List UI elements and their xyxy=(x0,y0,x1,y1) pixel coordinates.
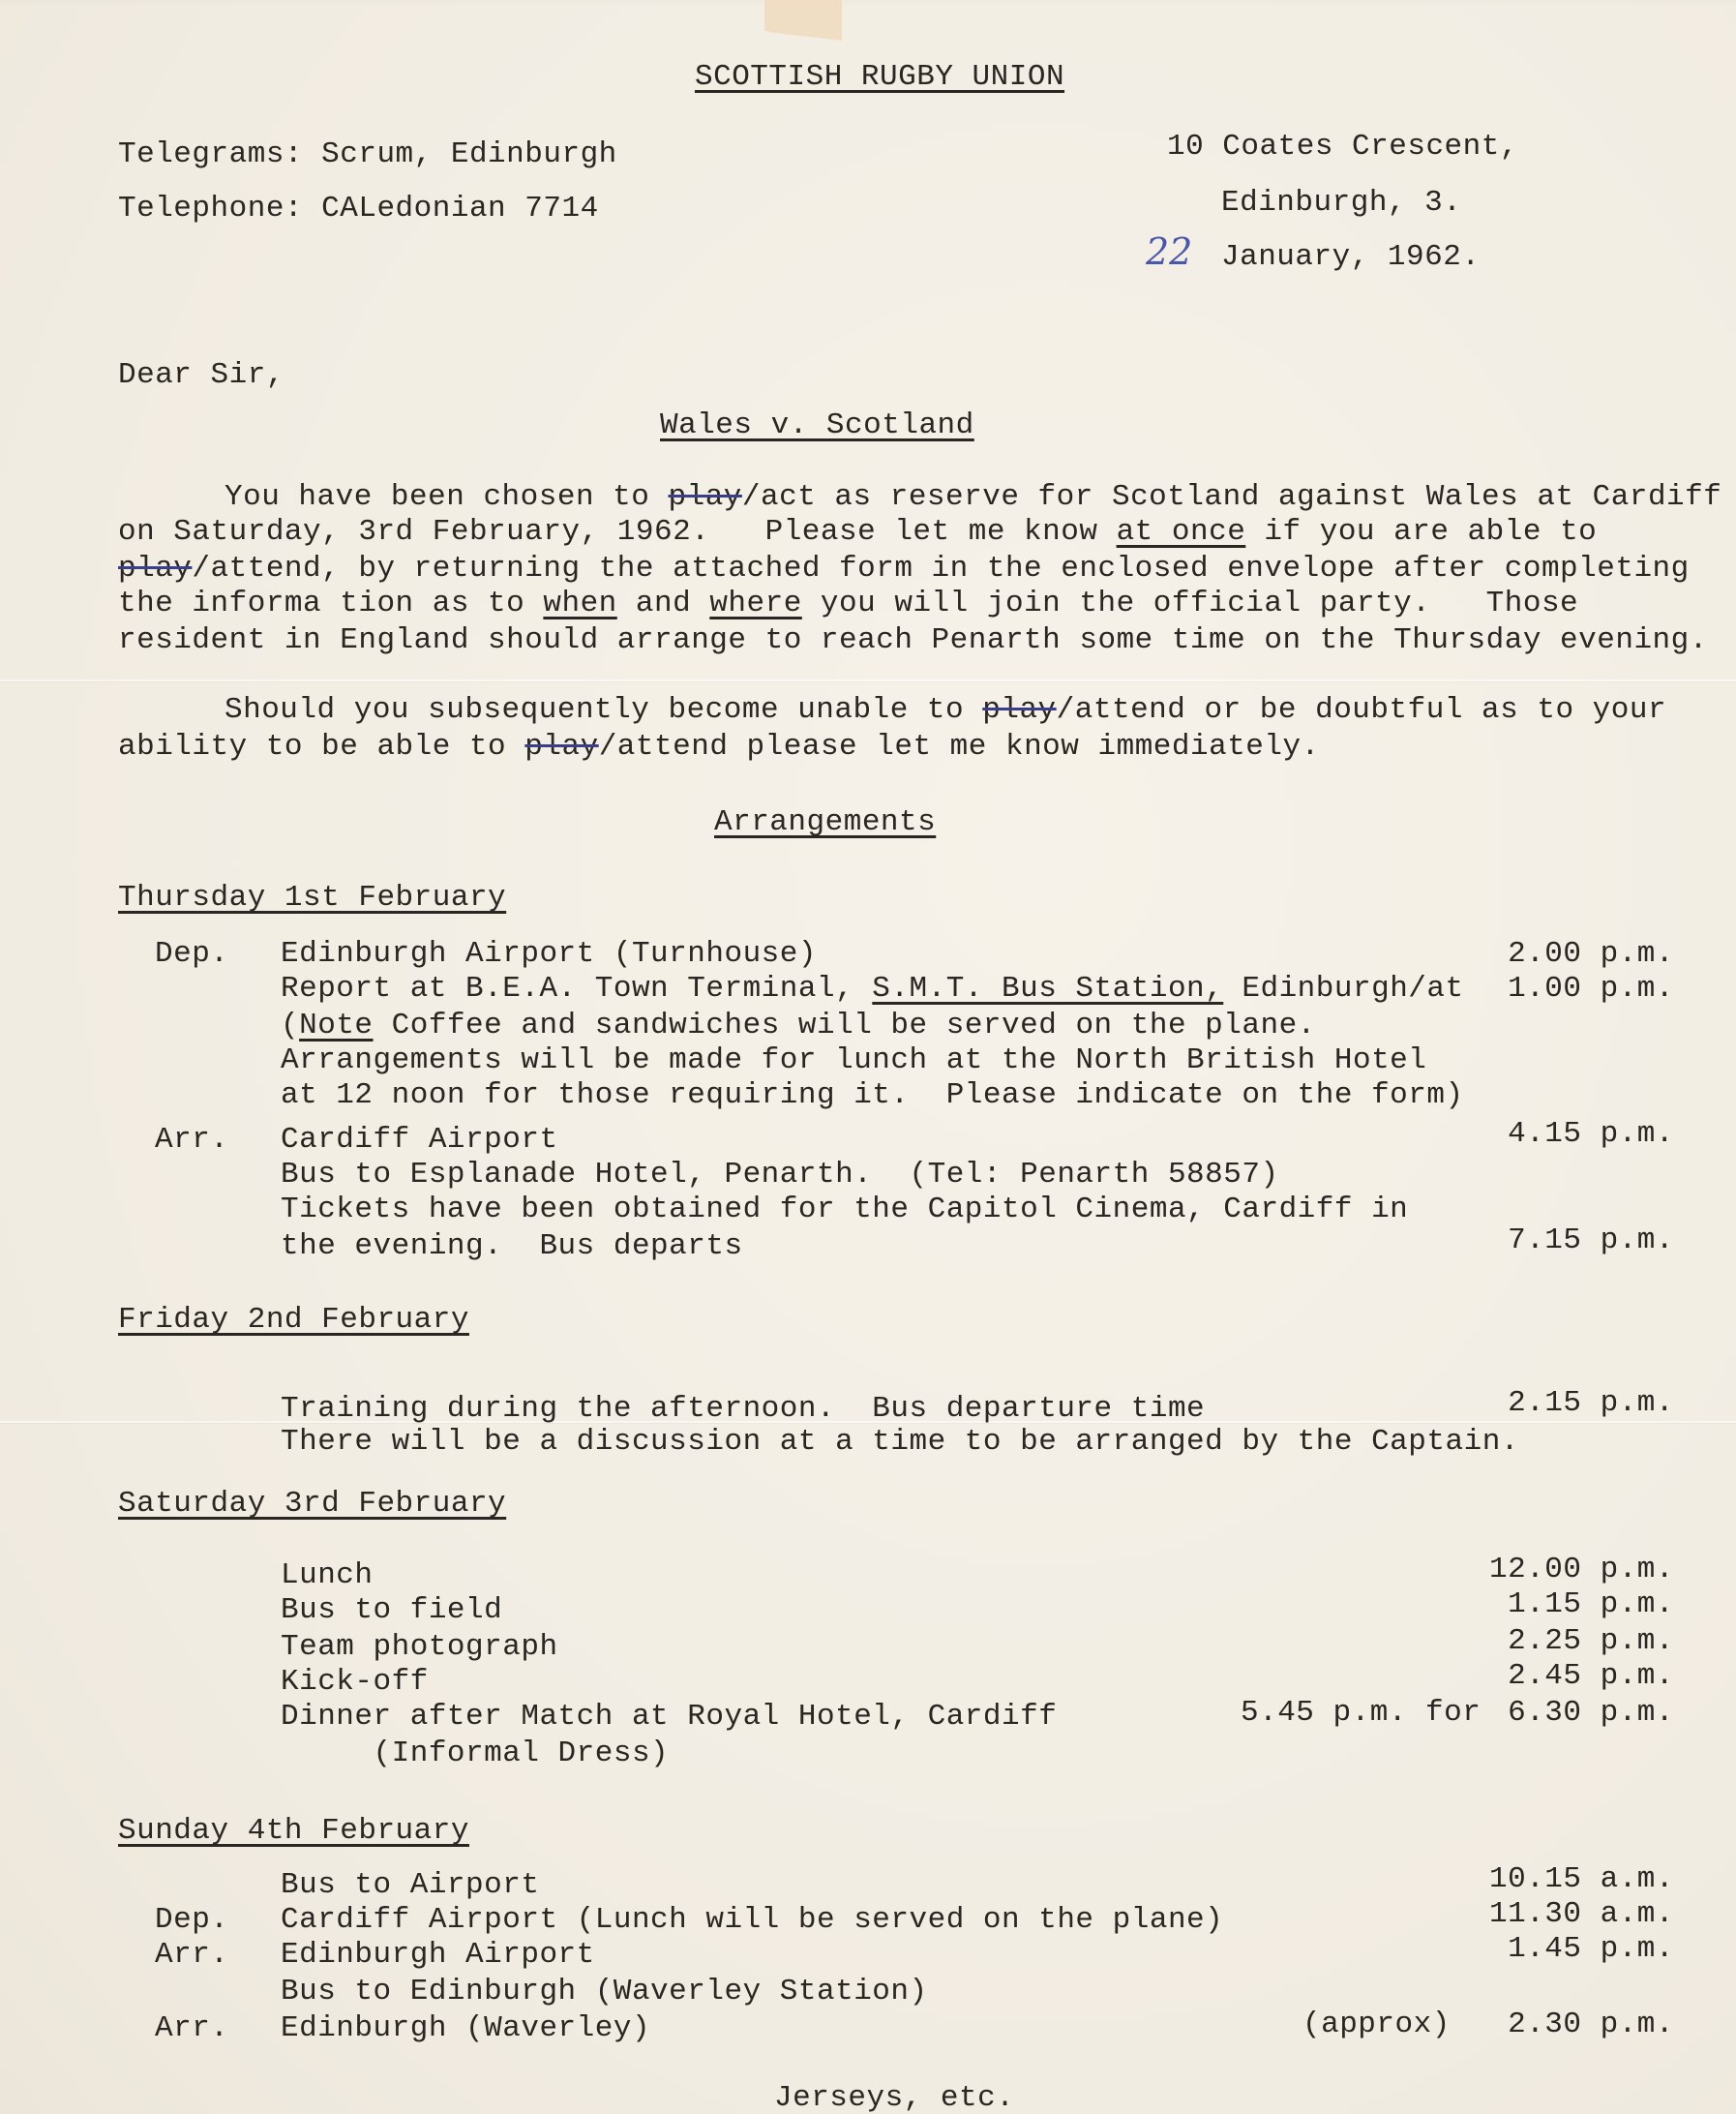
row-mid-note: (approx) xyxy=(1302,2008,1451,2042)
row-text: (Note Coffee and sandwiches will be serv… xyxy=(281,1009,1316,1043)
subject-heading: Wales v. Scotland xyxy=(660,408,974,443)
row-time: 4.15 p.m. xyxy=(1508,1117,1674,1152)
row-label: Arr. xyxy=(155,2011,228,2046)
row-text: Edinburgh (Waverley) xyxy=(281,2011,650,2046)
jerseys-heading: Jerseys, etc. xyxy=(774,2081,1014,2114)
row-text: Team photograph xyxy=(281,1630,558,1665)
row-label: Dep. xyxy=(155,937,228,972)
row-text: Edinburgh Airport xyxy=(281,1938,595,1973)
row-time: 2.00 p.m. xyxy=(1508,937,1674,972)
row-text: Arrangements will be made for lunch at t… xyxy=(281,1043,1426,1078)
row-time: 7.15 p.m. xyxy=(1508,1223,1674,1258)
day-heading-friday: Friday 2nd February xyxy=(118,1303,469,1338)
row-time: 2.30 p.m. xyxy=(1508,2008,1674,2042)
row-time: 2.15 p.m. xyxy=(1508,1386,1674,1421)
day-heading-thursday: Thursday 1st February xyxy=(118,881,506,916)
salutation: Dear Sir, xyxy=(118,358,284,393)
row-text: Bus to Airport xyxy=(281,1868,539,1903)
row-text: Edinburgh Airport (Turnhouse) xyxy=(281,937,817,972)
row-mid-time: 5.45 p.m. for xyxy=(1241,1696,1481,1731)
row-text: Tickets have been obtained for the Capit… xyxy=(281,1193,1408,1227)
row-text: at 12 noon for those requiring it. Pleas… xyxy=(281,1078,1464,1113)
address-line-1: 10 Coates Crescent, xyxy=(1167,130,1518,165)
row-time: 1.15 p.m. xyxy=(1508,1587,1674,1622)
row-text: Bus to Esplanade Hotel, Penarth. (Tel: P… xyxy=(281,1158,1279,1193)
row-time: 6.30 p.m. xyxy=(1508,1696,1674,1731)
row-text: Dinner after Match at Royal Hotel, Cardi… xyxy=(281,1700,1057,1735)
row-time: 1.45 p.m. xyxy=(1508,1932,1674,1967)
day-heading-saturday: Saturday 3rd February xyxy=(118,1487,506,1522)
row-text: the evening. Bus departs xyxy=(281,1229,743,1264)
row-label: Dep. xyxy=(155,1903,228,1938)
body-paragraph-2-line-2: ability to be able to play/attend please… xyxy=(118,730,1320,765)
body-paragraph-2-line-1: Should you subsequently become unable to… xyxy=(224,693,1666,728)
day-heading-sunday: Sunday 4th February xyxy=(118,1814,469,1849)
row-text: Lunch xyxy=(281,1558,374,1593)
body-paragraph-1-line-3: play/attend, by returning the attached f… xyxy=(118,552,1690,587)
row-time: 10.15 a.m. xyxy=(1489,1862,1674,1897)
row-time: 12.00 p.m. xyxy=(1489,1553,1674,1587)
paper-fold-line xyxy=(0,679,1736,681)
body-paragraph-1-line-2: on Saturday, 3rd February, 1962. Please … xyxy=(118,515,1597,550)
row-label: Arr. xyxy=(155,1123,228,1158)
telephone-line: Telephone: CALedonian 7714 xyxy=(118,192,599,226)
row-time: 2.25 p.m. xyxy=(1508,1624,1674,1659)
date-line: January, 1962. xyxy=(1221,240,1480,275)
row-text: Cardiff Airport (Lunch will be served on… xyxy=(281,1903,1223,1938)
handwritten-date-day: 22 xyxy=(1146,230,1192,273)
row-text: Kick-off xyxy=(281,1665,429,1700)
telegrams-line: Telegrams: Scrum, Edinburgh xyxy=(118,137,617,172)
body-paragraph-1-line-1: You have been chosen to play/act as rese… xyxy=(224,480,1721,515)
row-text: Cardiff Airport xyxy=(281,1123,558,1158)
address-line-2: Edinburgh, 3. xyxy=(1221,186,1461,221)
row-text: There will be a discussion at a time to … xyxy=(281,1425,1519,1460)
row-text: (Informal Dress) xyxy=(281,1736,669,1771)
row-time: 1.00 p.m. xyxy=(1508,972,1674,1007)
row-text: Training during the afternoon. Bus depar… xyxy=(281,1392,1205,1427)
organisation-heading: SCOTTISH RUGBY UNION xyxy=(695,60,1064,95)
row-time: 11.30 a.m. xyxy=(1489,1897,1674,1932)
row-text: Report at B.E.A. Town Terminal, S.M.T. B… xyxy=(281,972,1464,1007)
arrangements-heading: Arrangements xyxy=(714,805,936,840)
row-time: 2.45 p.m. xyxy=(1508,1659,1674,1694)
body-paragraph-1-line-5: resident in England should arrange to re… xyxy=(118,623,1708,658)
row-label: Arr. xyxy=(155,1938,228,1973)
row-text: Bus to field xyxy=(281,1593,502,1628)
body-paragraph-1-line-4: the informa tion as to when and where yo… xyxy=(118,587,1578,621)
row-text: Bus to Edinburgh (Waverley Station) xyxy=(281,1975,928,2009)
